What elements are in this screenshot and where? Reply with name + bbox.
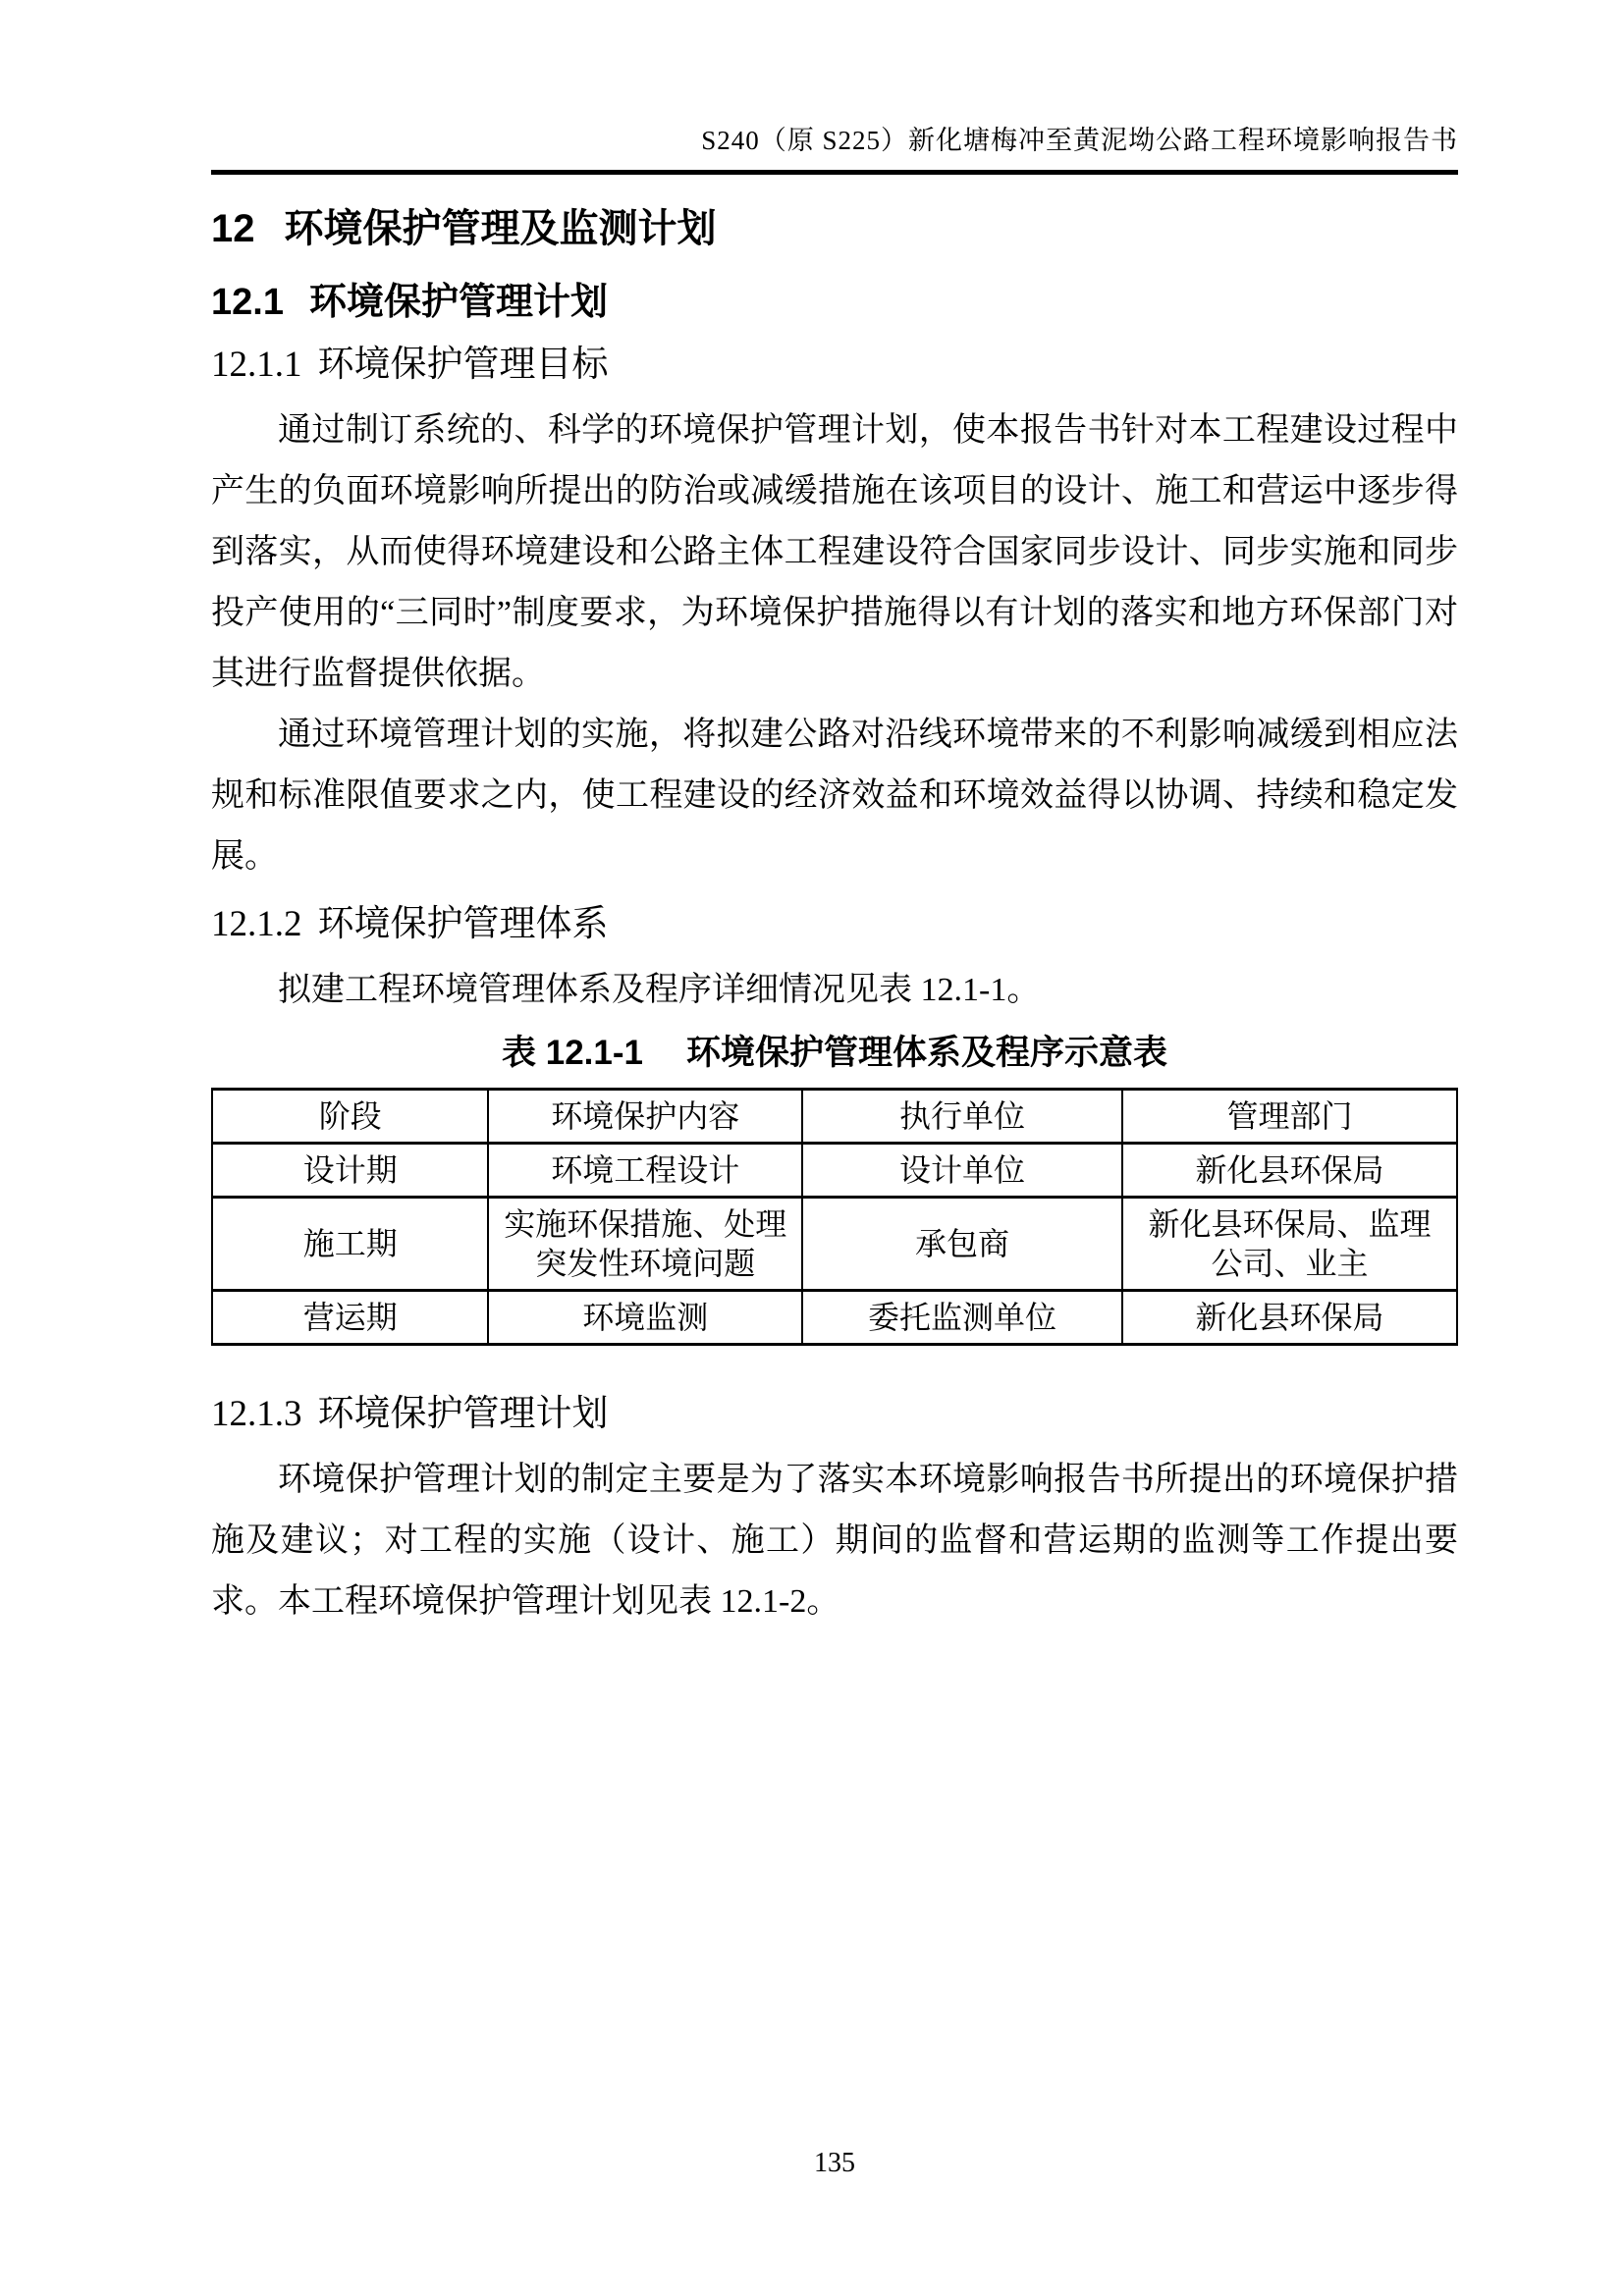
paragraph-management-goal-2: 通过环境管理计划的实施，将拟建公路对沿线环境带来的不利影响减缓到相应法规和标准限…: [211, 705, 1458, 887]
column-header-executor: 执行单位: [802, 1090, 1122, 1144]
cell-department: 新化县环保局: [1122, 1144, 1457, 1198]
management-system-table: 阶段 环境保护内容 执行单位 管理部门 设计期 环境工程设计 设计单位 新化县环…: [211, 1088, 1458, 1346]
running-header-title: S240（原 S225）新化塘梅冲至黄泥坳公路工程环境影响报告书: [211, 124, 1458, 158]
section-12-1-number: 12.1: [211, 282, 284, 323]
cell-executor: 承包商: [802, 1198, 1122, 1291]
cell-executor: 设计单位: [802, 1144, 1122, 1198]
paragraph-management-plan: 环境保护管理计划的制定主要是为了落实本环境影响报告书所提出的环境保护措施及建议；…: [211, 1450, 1458, 1632]
cell-phase: 设计期: [212, 1144, 488, 1198]
column-header-phase: 阶段: [212, 1090, 488, 1144]
table-header-row: 阶段 环境保护内容 执行单位 管理部门: [212, 1090, 1457, 1144]
table-caption-title: 环境保护管理体系及程序示意表: [686, 1034, 1167, 1072]
table-caption: 表 12.1-1环境保护管理体系及程序示意表: [211, 1031, 1458, 1076]
cell-department: 新化县环保局、监理公司、业主: [1122, 1198, 1457, 1291]
section-12-1-3-number: 12.1.3: [211, 1394, 302, 1434]
cell-department: 新化县环保局: [1122, 1291, 1457, 1345]
cell-content: 环境工程设计: [488, 1144, 802, 1198]
column-header-department: 管理部门: [1122, 1090, 1457, 1144]
cell-phase: 施工期: [212, 1198, 488, 1291]
cell-content: 环境监测: [488, 1291, 802, 1345]
section-12-1-1-heading: 12.1.1环境保护管理目标: [211, 342, 1458, 389]
section-12-1-2-title: 环境保护管理体系: [318, 904, 609, 944]
section-12-1-2-number: 12.1.2: [211, 904, 302, 944]
page-number: 135: [211, 2148, 1458, 2179]
chapter-number: 12: [211, 207, 255, 250]
column-header-content: 环境保护内容: [488, 1090, 802, 1144]
paragraph-management-system: 拟建工程环境管理体系及程序详细情况见表 12.1-1。: [211, 960, 1458, 1021]
section-12-1-1-title: 环境保护管理目标: [318, 345, 609, 385]
table-row: 设计期 环境工程设计 设计单位 新化县环保局: [212, 1144, 1457, 1198]
table-row: 营运期 环境监测 委托监测单位 新化县环保局: [212, 1291, 1457, 1345]
section-12-1-3-title: 环境保护管理计划: [318, 1394, 609, 1434]
cell-content: 实施环保措施、处理突发性环境问题: [488, 1198, 802, 1291]
cell-phase: 营运期: [212, 1291, 488, 1345]
table-row: 施工期 实施环保措施、处理突发性环境问题 承包商 新化县环保局、监理公司、业主: [212, 1198, 1457, 1291]
section-12-1-3-heading: 12.1.3环境保护管理计划: [211, 1391, 1458, 1438]
cell-executor: 委托监测单位: [802, 1291, 1122, 1345]
section-12-1-1-number: 12.1.1: [211, 345, 302, 385]
document-page: S240（原 S225）新化塘梅冲至黄泥坳公路工程环境影响报告书 12环境保护管…: [0, 0, 1624, 2296]
chapter-title: 环境保护管理及监测计划: [285, 207, 717, 250]
table-caption-label: 表 12.1-1: [502, 1034, 643, 1072]
header-rule: [211, 170, 1458, 175]
section-12-1-title: 环境保护管理计划: [309, 282, 608, 323]
chapter-heading: 12环境保护管理及监测计划: [211, 204, 1458, 253]
paragraph-management-goal-1: 通过制订系统的、科学的环境保护管理计划，使本报告书针对本工程建设过程中产生的负面…: [211, 400, 1458, 705]
section-12-1-heading: 12.1环境保护管理计划: [211, 279, 1458, 326]
section-12-1-2-heading: 12.1.2环境保护管理体系: [211, 901, 1458, 948]
